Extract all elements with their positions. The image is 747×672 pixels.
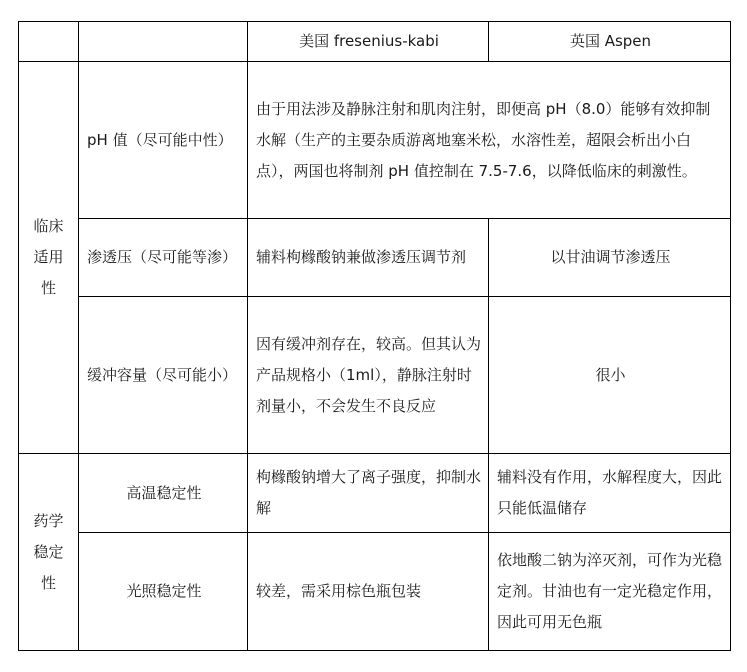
fresenius-high-temperature-stability: 枸橼酸钠增大了离子强度，抑制水解 bbox=[248, 454, 489, 533]
group-label-pharmaceutical-stability: 药学 稳定 性 bbox=[19, 454, 79, 651]
item-ph-value: pH 值（尽可能中性） bbox=[79, 62, 248, 219]
table-row: 临床 适用 性 pH 值（尽可能中性） 由于用法涉及静脉注射和肌肉注射，即便高 … bbox=[19, 62, 731, 219]
item-buffer-capacity: 缓冲容量（尽可能小） bbox=[79, 297, 248, 454]
group-label-line: 性 bbox=[23, 273, 74, 304]
comparison-table: 美国 fresenius-kabi 英国 Aspen 临床 适用 性 pH 值（… bbox=[18, 21, 731, 651]
fresenius-buffer-capacity: 因有缓冲剂存在，较高。但其认为产品规格小（1ml），静脉注射时剂量小，不会发生不… bbox=[248, 297, 489, 454]
header-row: 美国 fresenius-kabi 英国 Aspen bbox=[19, 22, 731, 62]
table-row: 缓冲容量（尽可能小） 因有缓冲剂存在，较高。但其认为产品规格小（1ml），静脉注… bbox=[19, 297, 731, 454]
group-label-line: 性 bbox=[23, 568, 74, 599]
aspen-light-stability: 依地酸二钠为淬灭剂，可作为光稳定剂。甘油也有一定光稳定作用，因此可用无色瓶 bbox=[489, 533, 731, 651]
aspen-buffer-capacity: 很小 bbox=[489, 297, 731, 454]
group-label-clinical-applicability: 临床 适用 性 bbox=[19, 62, 79, 454]
table-row: 渗透压（尽可能等渗） 辅料枸橼酸钠兼做渗透压调节剂 以甘油调节渗透压 bbox=[19, 219, 731, 297]
header-cell-empty-1 bbox=[19, 22, 79, 62]
item-light-stability: 光照稳定性 bbox=[79, 533, 248, 651]
table-row: 药学 稳定 性 高温稳定性 枸橼酸钠增大了离子强度，抑制水解 辅料没有作用，水解… bbox=[19, 454, 731, 533]
group-label-line: 稳定 bbox=[23, 537, 74, 568]
item-osmotic-pressure: 渗透压（尽可能等渗） bbox=[79, 219, 248, 297]
fresenius-osmotic-pressure: 辅料枸橼酸钠兼做渗透压调节剂 bbox=[248, 219, 489, 297]
group-label-line: 临床 bbox=[23, 211, 74, 242]
merged-ph-description: 由于用法涉及静脉注射和肌肉注射，即便高 pH（8.0）能够有效抑制水解（生产的主… bbox=[248, 62, 731, 219]
header-fresenius-kabi: 美国 fresenius-kabi bbox=[248, 22, 489, 62]
group-label-line: 适用 bbox=[23, 242, 74, 273]
fresenius-light-stability: 较差，需采用棕色瓶包装 bbox=[248, 533, 489, 651]
table-row: 光照稳定性 较差，需采用棕色瓶包装 依地酸二钠为淬灭剂，可作为光稳定剂。甘油也有… bbox=[19, 533, 731, 651]
aspen-high-temperature-stability: 辅料没有作用，水解程度大，因此只能低温储存 bbox=[489, 454, 731, 533]
header-cell-empty-2 bbox=[79, 22, 248, 62]
header-aspen: 英国 Aspen bbox=[489, 22, 731, 62]
group-label-line: 药学 bbox=[23, 506, 74, 537]
aspen-osmotic-pressure: 以甘油调节渗透压 bbox=[489, 219, 731, 297]
item-high-temperature-stability: 高温稳定性 bbox=[79, 454, 248, 533]
